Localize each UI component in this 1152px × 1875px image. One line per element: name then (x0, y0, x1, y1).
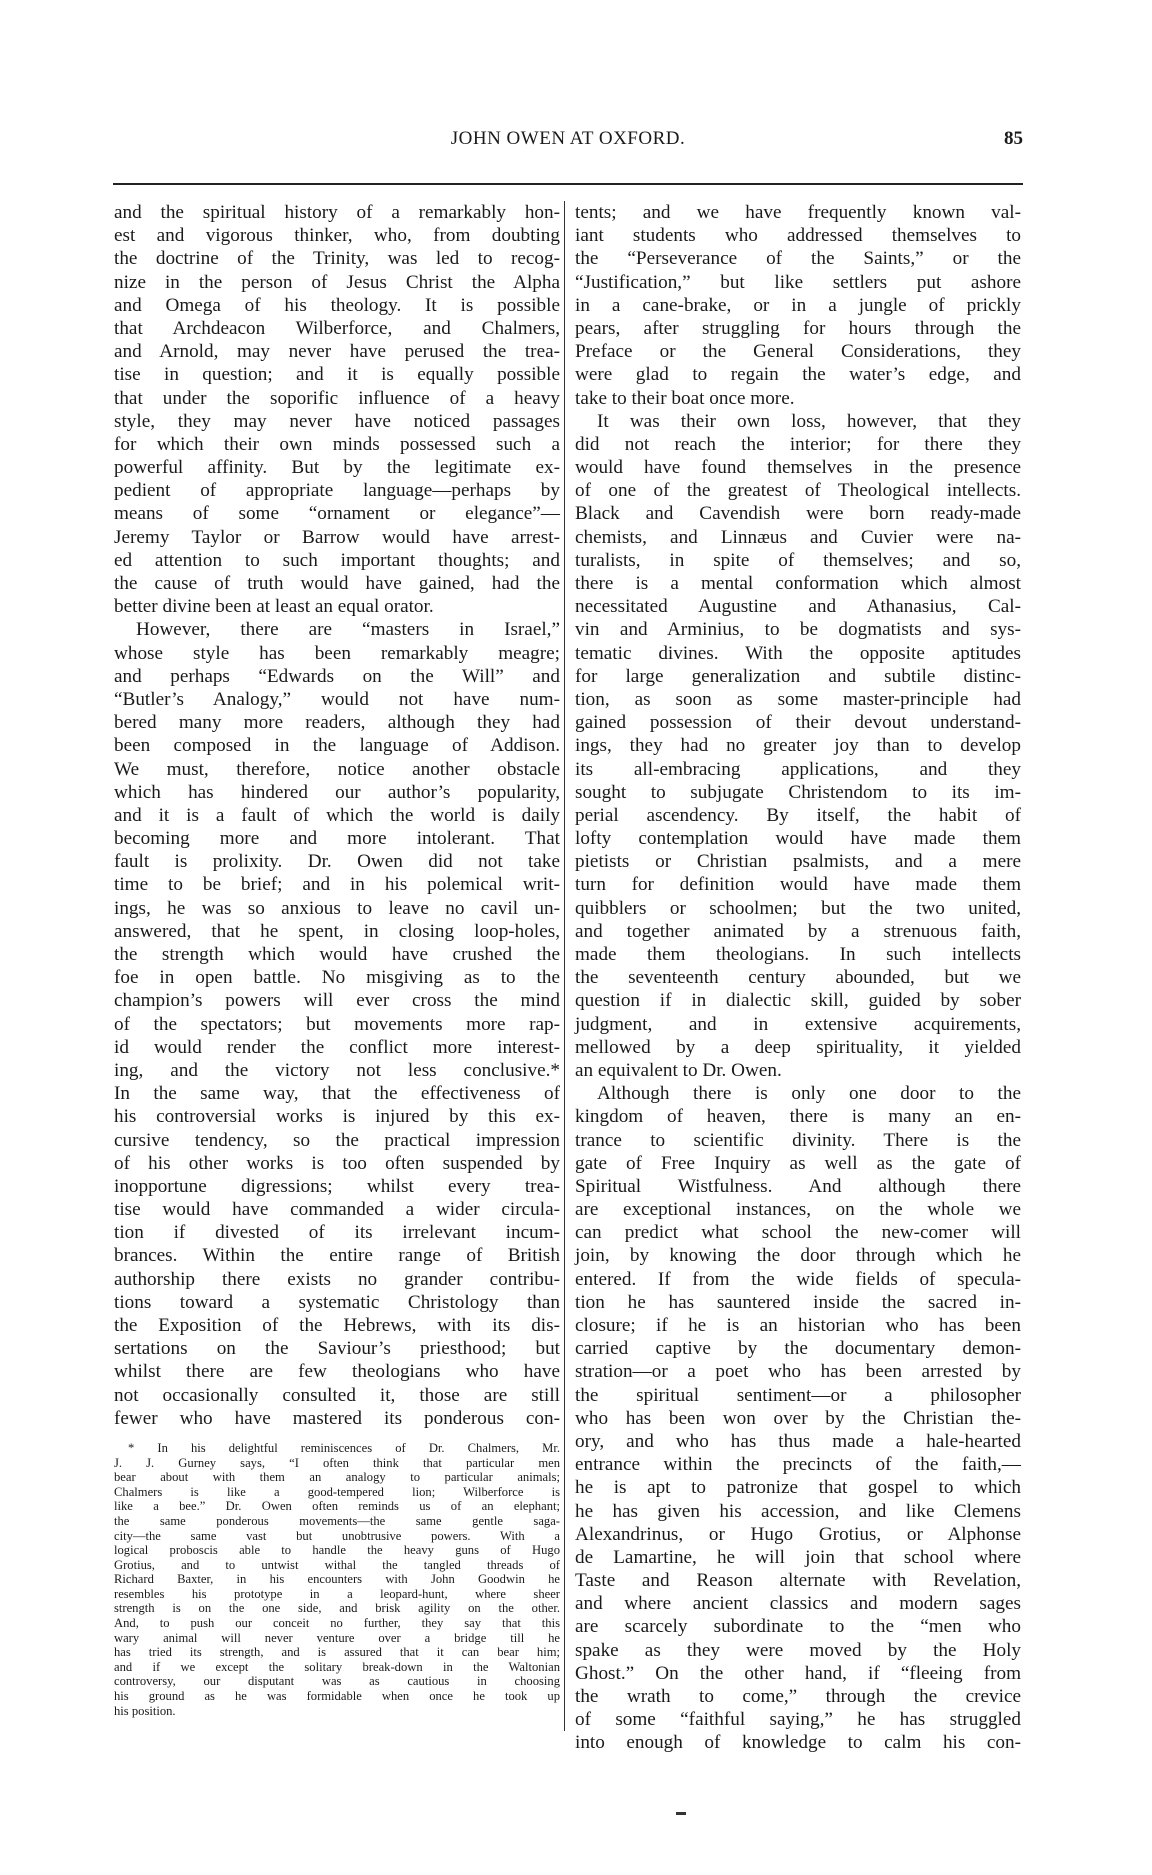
text-line: join, by knowing the door through which … (575, 1244, 1021, 1267)
text-line: carried captive by the documentary demon… (575, 1337, 1021, 1360)
text-line: the “Perseverance of the Saints,” or the (575, 247, 1021, 270)
text-line: becoming more and more intolerant. That (114, 827, 560, 850)
text-line: stration—or a poet who has been arrested… (575, 1360, 1021, 1383)
text-line: necessitated Augustine and Athanasius, C… (575, 595, 1021, 618)
text-line: are exceptional instances, on the whole … (575, 1198, 1021, 1221)
text-line: of one of the greatest of Theological in… (575, 479, 1021, 502)
text-line: gate of Free Inquiry as well as the gate… (575, 1152, 1021, 1175)
text-line: its all-embracing applications, and they (575, 758, 1021, 781)
text-line: made them theologians. In such intellect… (575, 943, 1021, 966)
text-line: for which their own minds possessed such… (114, 433, 560, 456)
text-line: bered many more readers, although they h… (114, 711, 560, 734)
text-line: ing, and the victory not less conclusive… (114, 1059, 560, 1082)
text-line: the seventeenth century abounded, but we (575, 966, 1021, 989)
text-line: Black and Cavendish were born ready-made (575, 502, 1021, 525)
text-line: there is a mental conformation which alm… (575, 572, 1021, 595)
right-column: tents; and we have frequently known val-… (575, 201, 1021, 1755)
text-line: can predict what school the new-comer wi… (575, 1221, 1021, 1244)
text-line: gained possession of their devout unders… (575, 711, 1021, 734)
text-line: inopportune digressions; whilst every tr… (114, 1175, 560, 1198)
text-line: pietists or Christian psalmists, and a m… (575, 850, 1021, 873)
text-line: his controversial works is injured by th… (114, 1105, 560, 1128)
text-line: nize in the person of Jesus Christ the A… (114, 271, 560, 294)
text-line: chemists, and Linnæus and Cuvier were na… (575, 526, 1021, 549)
text-line: kingdom of heaven, there is many an en- (575, 1105, 1021, 1128)
text-line: judgment, and in extensive acquirements, (575, 1013, 1021, 1036)
text-line: vin and Arminius, to be dogmatists and s… (575, 618, 1021, 641)
footnote-line: wary animal will never venture over a br… (114, 1631, 560, 1646)
text-line: are scarcely subordinate to the “men who (575, 1615, 1021, 1638)
text-line: de Lamartine, he will join that school w… (575, 1546, 1021, 1569)
text-line: Jeremy Taylor or Barrow would have arres… (114, 526, 560, 549)
text-line: ings, they had no greater joy than to de… (575, 734, 1021, 757)
text-line: Alexandrinus, or Hugo Grotius, or Alphon… (575, 1523, 1021, 1546)
text-line: tion if divested of its irrelevant incum… (114, 1221, 560, 1244)
text-line: he is apt to patronize that gospel to wh… (575, 1476, 1021, 1499)
text-line: closure; if he is an historian who has b… (575, 1314, 1021, 1337)
text-line: that Archdeacon Wilberforce, and Chalmer… (114, 317, 560, 340)
text-line: tise in question; and it is equally poss… (114, 363, 560, 386)
text-line: “Butler’s Analogy,” would not have num- (114, 688, 560, 711)
text-line: entrance within the precincts of the fai… (575, 1453, 1021, 1476)
text-line: tents; and we have frequently known val- (575, 201, 1021, 224)
footnote-line: has tried its strength, and is assured t… (114, 1645, 560, 1660)
text-line: and Omega of his theology. It is possibl… (114, 294, 560, 317)
text-line: the strength which would have crushed th… (114, 943, 560, 966)
text-line: and the spiritual history of a remarkabl… (114, 201, 560, 224)
text-line: take to their boat once more. (575, 387, 1021, 410)
text-line: of the spectators; but movements more ra… (114, 1013, 560, 1036)
text-line: that under the soporific influence of a … (114, 387, 560, 410)
text-line: However, there are “masters in Israel,” (114, 618, 560, 641)
text-line: time to be brief; and in his polemical w… (114, 873, 560, 896)
text-line: the wrath to come,” through the crevice (575, 1685, 1021, 1708)
footnote-line: logical proboscis able to handle the hea… (114, 1543, 560, 1558)
running-title: JOHN OWEN AT OXFORD. (113, 128, 1023, 150)
print-speck (676, 1812, 686, 1815)
text-line: id would render the conflict more intere… (114, 1036, 560, 1059)
text-line: did not reach the interior; for there th… (575, 433, 1021, 456)
text-line: We must, therefore, notice another obsta… (114, 758, 560, 781)
header-rule (113, 183, 1023, 185)
text-line: “Justification,” but like settlers put a… (575, 271, 1021, 294)
text-line: he has given his accession, and like Cle… (575, 1500, 1021, 1523)
text-line: an equivalent to Dr. Owen. (575, 1059, 1021, 1082)
text-line: tematic divines. With the opposite aptit… (575, 642, 1021, 665)
text-line: the spiritual sentiment—or a philosopher (575, 1384, 1021, 1407)
text-line: were glad to regain the water’s edge, an… (575, 363, 1021, 386)
text-line: It was their own loss, however, that the… (575, 410, 1021, 433)
text-line: quibblers or schoolmen; but the two unit… (575, 897, 1021, 920)
footnote-line: resembles his prototype in a leopard-hun… (114, 1587, 560, 1602)
text-line: powerful affinity. But by the legitimate… (114, 456, 560, 479)
text-line: would have found themselves in the prese… (575, 456, 1021, 479)
text-line: est and vigorous thinker, who, from doub… (114, 224, 560, 247)
text-line: ory, and who has thus made a hale-hearte… (575, 1430, 1021, 1453)
text-line: cursive tendency, so the practical impre… (114, 1129, 560, 1152)
text-line: ed attention to such important thoughts;… (114, 549, 560, 572)
text-line: lofty contemplation would have made them (575, 827, 1021, 850)
text-line: tion, as soon as some master-principle h… (575, 688, 1021, 711)
text-line: tion he has sauntered inside the sacred … (575, 1291, 1021, 1314)
text-line: foe in open battle. No misgiving as to t… (114, 966, 560, 989)
text-line: whilst there are few theologians who hav… (114, 1360, 560, 1383)
footnote-line: * In his delightful reminiscences of Dr.… (114, 1441, 560, 1456)
footnote-line: his ground as he was formidable when onc… (114, 1689, 560, 1704)
text-line: of his other works is too often suspende… (114, 1152, 560, 1175)
page-header: JOHN OWEN AT OXFORD. 85 (113, 128, 1023, 158)
text-line: mellowed by a deep spirituality, it yiel… (575, 1036, 1021, 1059)
text-line: champion’s powers will ever cross the mi… (114, 989, 560, 1012)
text-line: into enough of knowledge to calm his con… (575, 1731, 1021, 1754)
text-line: Preface or the General Considerations, t… (575, 340, 1021, 363)
text-line: turn for definition would have made them (575, 873, 1021, 896)
text-line: fewer who have mastered its ponderous co… (114, 1407, 560, 1430)
text-line: fault is prolixity. Dr. Owen did not tak… (114, 850, 560, 873)
text-line: not occasionally consulted it, those are… (114, 1384, 560, 1407)
text-line: entered. If from the wide fields of spec… (575, 1268, 1021, 1291)
text-line: Ghost.” On the other hand, if “fleeing f… (575, 1662, 1021, 1685)
text-line: iant students who addressed themselves t… (575, 224, 1021, 247)
text-line: which has hindered our author’s populari… (114, 781, 560, 804)
text-line: pears, after struggling for hours throug… (575, 317, 1021, 340)
text-line: perial ascendency. By itself, the habit … (575, 804, 1021, 827)
left-column: and the spiritual history of a remarkabl… (114, 201, 560, 1718)
text-line: trance to scientific divinity. There is … (575, 1129, 1021, 1152)
text-line: the doctrine of the Trinity, was led to … (114, 247, 560, 270)
text-line: Taste and Reason alternate with Revelati… (575, 1569, 1021, 1592)
footnote-line: Richard Baxter, in his encounters with J… (114, 1572, 560, 1587)
text-line: and Arnold, may never have perused the t… (114, 340, 560, 363)
text-line: tions toward a systematic Christology th… (114, 1291, 560, 1314)
column-divider (564, 201, 565, 1731)
text-line: spake as they were moved by the Holy (575, 1639, 1021, 1662)
footnote-line: Chalmers is like a good-tempered lion; W… (114, 1485, 560, 1500)
text-line: better divine been at least an equal ora… (114, 595, 560, 618)
footnote-line: his position. (114, 1704, 560, 1719)
text-line: and together animated by a strenuous fai… (575, 920, 1021, 943)
footnote-line: J. J. Gurney says, “I often think that p… (114, 1456, 560, 1471)
text-line: tise would have commanded a wider circul… (114, 1198, 560, 1221)
footnote: * In his delightful reminiscences of Dr.… (114, 1441, 560, 1718)
text-line: answered, that he spent, in closing loop… (114, 920, 560, 943)
text-line: in a cane-brake, or in a jungle of prick… (575, 294, 1021, 317)
text-line: authorship there exists no grander contr… (114, 1268, 560, 1291)
text-line: means of some “ornament or elegance”— (114, 502, 560, 525)
text-line: of some “faithful saying,” he has strugg… (575, 1708, 1021, 1731)
footnote-line: like a bee.” Dr. Owen often reminds us o… (114, 1499, 560, 1514)
footnote-line: strength is on the one side, and brisk a… (114, 1601, 560, 1616)
footnote-line: city—the same vast but unobtrusive power… (114, 1529, 560, 1544)
text-line: and perhaps “Edwards on the Will” and (114, 665, 560, 688)
footnote-line: bear about with them an analogy to parti… (114, 1470, 560, 1485)
text-line: the Exposition of the Hebrews, with its … (114, 1314, 560, 1337)
text-line: style, they may never have noticed passa… (114, 410, 560, 433)
text-line: the cause of truth would have gained, ha… (114, 572, 560, 595)
text-line: pedient of appropriate language—perhaps … (114, 479, 560, 502)
text-line: sought to subjugate Christendom to its i… (575, 781, 1021, 804)
text-line: Spiritual Wistfulness. And although ther… (575, 1175, 1021, 1198)
text-line: for large generalization and subtile dis… (575, 665, 1021, 688)
page-number: 85 (1004, 128, 1023, 150)
text-line: ings, he was so anxious to leave no cavi… (114, 897, 560, 920)
text-line: who has been won over by the Christian t… (575, 1407, 1021, 1430)
footnote-line: And, to push our conceit no further, the… (114, 1616, 560, 1631)
text-line: question if in dialectic skill, guided b… (575, 989, 1021, 1012)
text-line: In the same way, that the effectiveness … (114, 1082, 560, 1105)
text-line: and where ancient classics and modern sa… (575, 1592, 1021, 1615)
footnote-line: controversy, our disputant was as cautio… (114, 1674, 560, 1689)
text-line: whose style has been remarkably meagre; (114, 642, 560, 665)
text-line: sertations on the Saviour’s priesthood; … (114, 1337, 560, 1360)
text-line: and it is a fault of which the world is … (114, 804, 560, 827)
footnote-line: Grotius, and to untwist withal the tangl… (114, 1558, 560, 1573)
text-line: brances. Within the entire range of Brit… (114, 1244, 560, 1267)
text-line: been composed in the language of Addison… (114, 734, 560, 757)
footnote-line: and if we except the solitary break-down… (114, 1660, 560, 1675)
footnote-line: the same ponderous movements—the same ge… (114, 1514, 560, 1529)
text-line: turalists, in spite of themselves; and s… (575, 549, 1021, 572)
text-line: Although there is only one door to the (575, 1082, 1021, 1105)
